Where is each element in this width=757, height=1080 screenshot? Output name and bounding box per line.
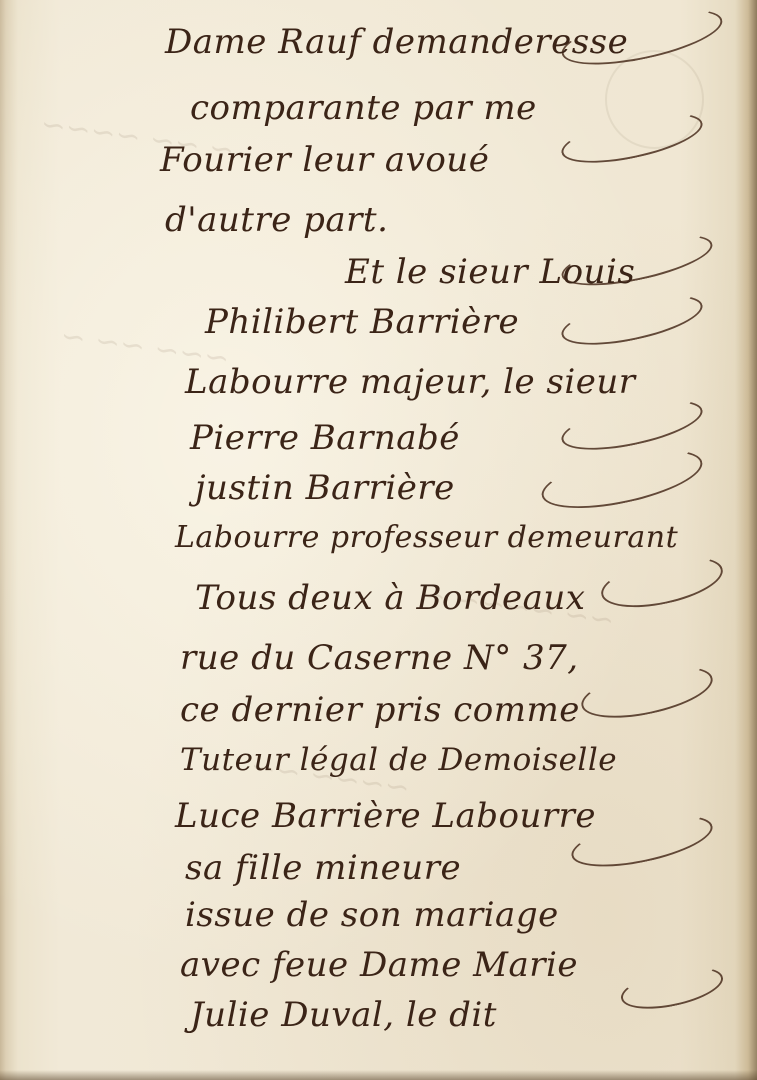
manuscript-line: Philibert Barrière xyxy=(205,302,519,342)
manuscript-line: comparante par me xyxy=(190,88,537,128)
manuscript-line: ce dernier pris comme xyxy=(180,690,580,730)
manuscript-line: rue du Caserne N° 37, xyxy=(180,638,579,678)
pen-flourish xyxy=(597,548,727,617)
manuscript-line: sa fille mineure xyxy=(185,848,461,888)
manuscript-line: d'autre part. xyxy=(165,200,388,240)
manuscript-line: Julie Duval, le dit xyxy=(190,995,497,1035)
manuscript-line: Tous deux à Bordeaux xyxy=(195,578,585,618)
manuscript-line: Tuteur légal de Demoiselle xyxy=(180,742,617,778)
manuscript-line: Labourre professeur demeurant xyxy=(175,520,678,555)
manuscript-line: Dame Rauf demanderesse xyxy=(165,22,628,62)
pen-flourish xyxy=(577,657,717,728)
manuscript-line: issue de son mariage xyxy=(185,895,559,935)
manuscript-line: avec feue Dame Marie xyxy=(180,945,578,985)
pen-flourish xyxy=(537,438,707,519)
manuscript-line: justin Barrière xyxy=(195,468,455,508)
pen-flourish xyxy=(557,285,706,354)
manuscript-line: Pierre Barnabé xyxy=(190,418,460,458)
manuscript-line: Luce Barrière Labourre xyxy=(175,796,596,836)
manuscript-line: Et le sieur Louis xyxy=(345,252,635,292)
manuscript-page: ~ ~~ ~~~~ ~~~ ~~ ~ ~~ ~~~~ ~ ~~~~ ~~ Dam… xyxy=(0,0,757,1080)
manuscript-line: Fourier leur avoué xyxy=(160,140,489,180)
manuscript-line: Labourre majeur, le sieur xyxy=(185,362,636,402)
pen-flourish xyxy=(617,960,726,1017)
